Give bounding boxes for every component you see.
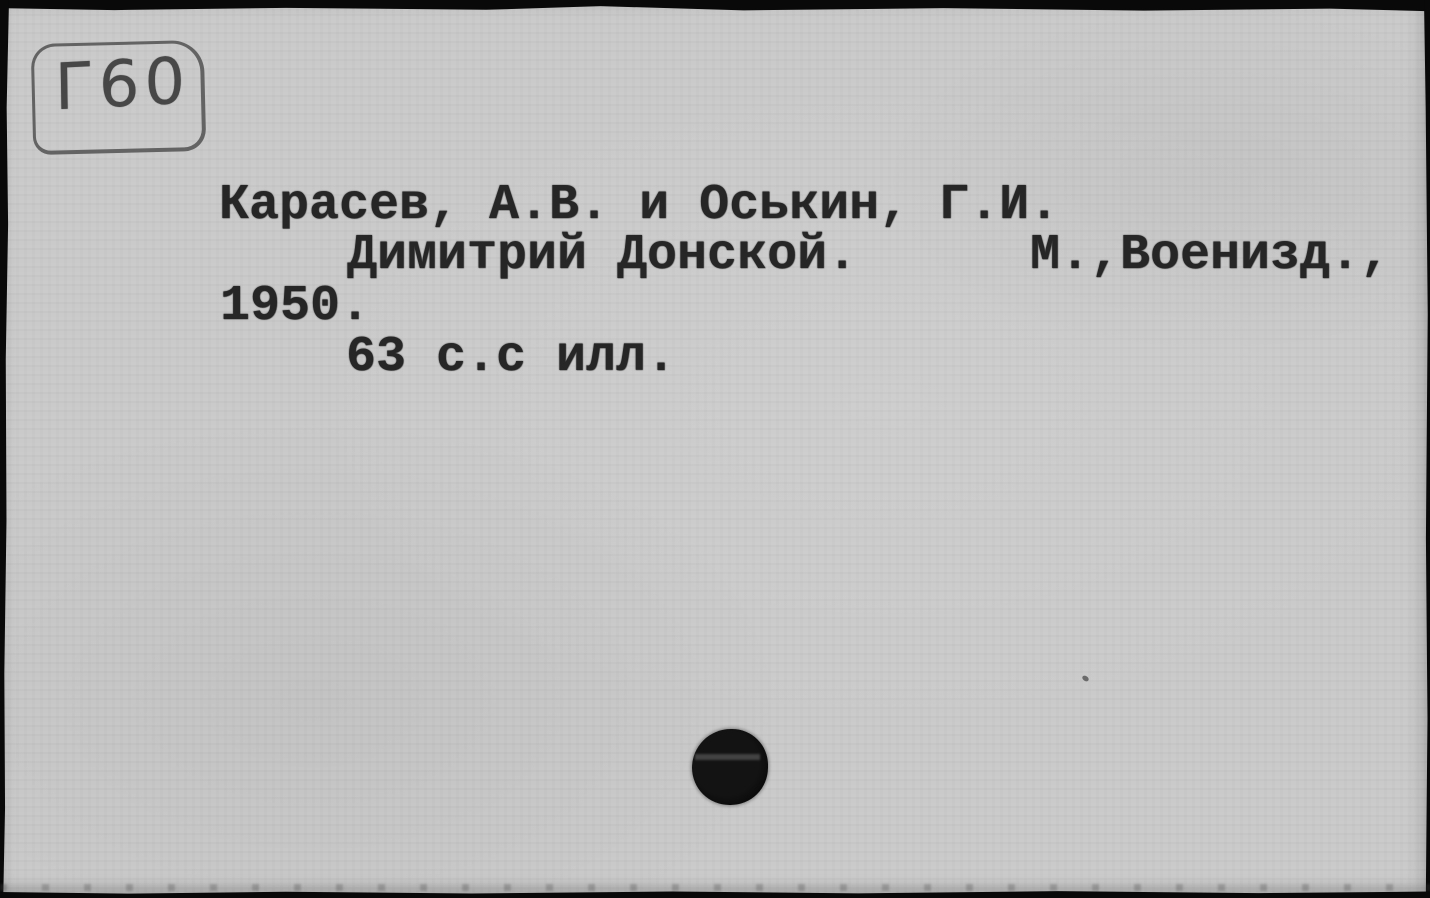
entry-authors: Карасев, А.В. и Оськин, Г.И.: [219, 181, 1059, 231]
entry-collation: 63 с.с илл.: [346, 333, 676, 383]
punch-hole-dot: [692, 729, 768, 805]
call-number: Г60: [54, 49, 190, 120]
scan-bottom-shadow-band: [0, 884, 1430, 891]
entry-year: 1950.: [220, 282, 370, 332]
entry-imprint: М.,Военизд.,: [1030, 231, 1390, 281]
ink-speck: [1081, 674, 1090, 682]
call-number-box: Г60: [31, 40, 207, 155]
scan-edge-right: [1424, 0, 1430, 898]
catalog-card-scan: Г60 Карасев, А.В. и Оськин, Г.И. Димитри…: [0, 0, 1430, 898]
scan-edge-left: [0, 0, 9, 898]
scan-edge-top: [0, 0, 1430, 14]
entry-title: Димитрий Донской.: [347, 231, 857, 281]
